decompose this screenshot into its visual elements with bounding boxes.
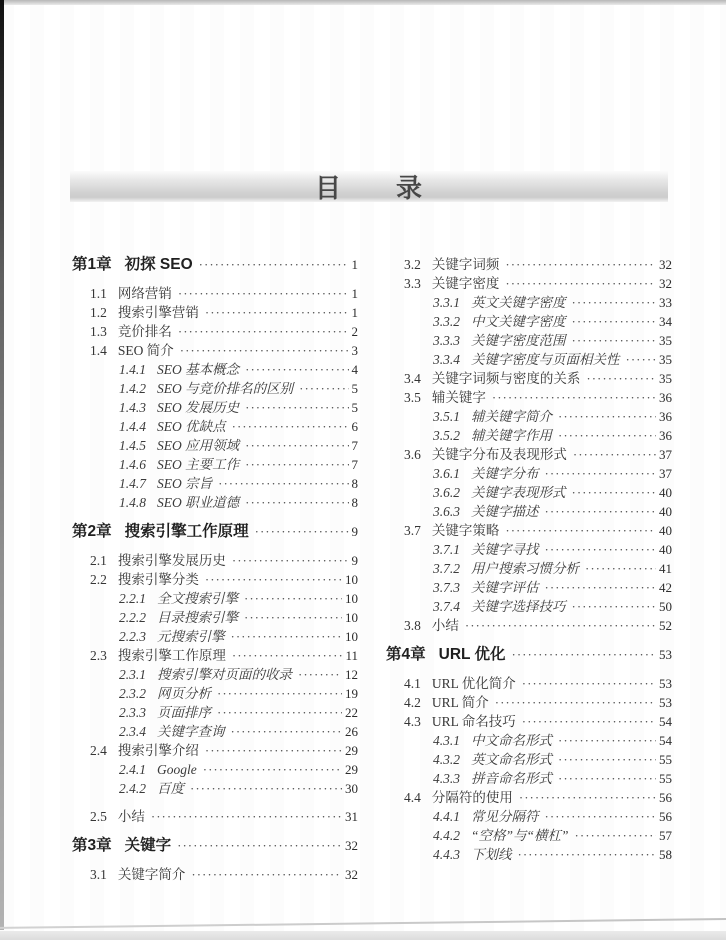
toc-entry-title: 下划线 bbox=[471, 845, 512, 864]
toc-entry-title: 关键字表现形式 bbox=[471, 483, 566, 502]
toc-dot-leader bbox=[512, 645, 656, 665]
toc-entry-title: URL 优化简介 bbox=[432, 674, 516, 693]
toc-dot-leader bbox=[199, 255, 349, 275]
toc-dot-leader bbox=[586, 369, 656, 388]
toc-entry-title: 辅关键字作用 bbox=[471, 426, 552, 445]
toc-entry-page: 35 bbox=[659, 369, 672, 388]
toc-entry: 2.4.1 Google 29 bbox=[72, 760, 358, 779]
toc-dot-leader bbox=[505, 274, 656, 293]
toc-entry-title: Google bbox=[157, 760, 197, 779]
toc-dot-leader bbox=[232, 417, 349, 436]
toc-dot-leader bbox=[244, 589, 342, 608]
toc-entry-number: 3.6.2 bbox=[433, 483, 460, 502]
toc-entry-number: 1.3 bbox=[90, 322, 107, 341]
toc-entry: 第1章 初探 SEO 1 bbox=[72, 255, 358, 275]
toc-entry-title: 关键字密度范围 bbox=[471, 331, 566, 350]
toc-entry-number: 2.2.2 bbox=[119, 608, 146, 627]
toc-entry-page: 40 bbox=[659, 483, 672, 502]
toc-entry-number: 1.4.2 bbox=[119, 379, 146, 398]
toc-entry-number: 4.3.3 bbox=[433, 769, 460, 788]
toc-column-left: 第1章 初探 SEO 1 1.1 网络营销 1 1.2 搜索引擎营销 1 1.3… bbox=[72, 255, 358, 884]
toc-entry: 第4章 URL 优化 53 bbox=[386, 645, 672, 665]
toc-dot-leader bbox=[177, 836, 342, 856]
toc-entry-title: 辅关键字简介 bbox=[471, 407, 552, 426]
toc-entry-page: 4 bbox=[352, 360, 359, 379]
toc-entry-page: 10 bbox=[345, 589, 358, 608]
toc-dot-leader bbox=[585, 559, 656, 578]
toc-entry: 3.7 关键字策略 40 bbox=[386, 521, 672, 540]
toc-entry-page: 42 bbox=[659, 578, 672, 597]
toc-dot-leader bbox=[245, 398, 348, 417]
toc-entry: 3.3 关键字密度 32 bbox=[386, 274, 672, 293]
toc-entry-page: 33 bbox=[659, 293, 672, 312]
toc-entry-number: 4.3.1 bbox=[433, 731, 460, 750]
toc-entry-page: 1 bbox=[352, 255, 359, 275]
toc-entry-number: 2.1 bbox=[90, 551, 107, 570]
toc-entry-title: 搜索引擎介绍 bbox=[118, 741, 199, 760]
toc-entry: 3.8 小结 52 bbox=[386, 616, 672, 635]
toc-entry: 1.3 竞价排名 2 bbox=[72, 322, 358, 341]
toc-entry-number: 1.1 bbox=[90, 284, 107, 303]
toc-entry-page: 57 bbox=[659, 826, 672, 845]
toc-dot-leader bbox=[545, 464, 657, 483]
toc-dot-leader bbox=[255, 522, 349, 542]
toc-entry-title: 网页分析 bbox=[157, 684, 211, 703]
toc-entry: 1.4.2 SEO 与竞价排名的区别 5 bbox=[72, 379, 358, 398]
toc-entry: 4.3 URL 命名技巧 54 bbox=[386, 712, 672, 731]
toc-entry-title: 全文搜索引擎 bbox=[157, 589, 238, 608]
toc-entry: 3.3.2 中文关键字密度 34 bbox=[386, 312, 672, 331]
toc-entry: 3.5 辅关键字 36 bbox=[386, 388, 672, 407]
toc-entry-page: 29 bbox=[345, 760, 358, 779]
toc-entry-number: 3.7.2 bbox=[433, 559, 460, 578]
toc-entry-page: 10 bbox=[345, 608, 358, 627]
toc-dot-leader bbox=[232, 551, 349, 570]
page-title: 目 录 bbox=[315, 168, 423, 205]
toc-entry: 3.6.1 关键字分布 37 bbox=[386, 464, 672, 483]
toc-entry-number: 2.3 bbox=[90, 646, 107, 665]
toc-entry-title: 搜索引擎发展历史 bbox=[118, 551, 226, 570]
toc-entry: 1.4.7 SEO 宗旨 8 bbox=[72, 474, 358, 493]
toc-entry-page: 7 bbox=[352, 436, 359, 455]
toc-dot-leader bbox=[231, 722, 343, 741]
toc-entry-title: 搜索引擎工作原理 bbox=[118, 646, 226, 665]
toc-entry-number: 3.6.3 bbox=[433, 502, 460, 521]
toc-entry-number: 1.4.8 bbox=[119, 493, 146, 512]
toc-entry: 2.4 搜索引擎介绍 29 bbox=[72, 741, 358, 760]
toc-entry-page: 3 bbox=[352, 341, 359, 360]
toc-entry-number: 4.4.3 bbox=[433, 845, 460, 864]
toc-entry-title: SEO 与竞价排名的区别 bbox=[157, 379, 293, 398]
toc-entry: 1.4.6 SEO 主要工作 7 bbox=[72, 455, 358, 474]
toc-entry-number: 第4章 bbox=[386, 645, 426, 665]
toc-dot-leader bbox=[178, 284, 349, 303]
toc-entry: 3.1 关键字简介 32 bbox=[72, 865, 358, 884]
toc-dot-leader bbox=[232, 646, 343, 665]
toc-entry-title: 用户搜索习惯分析 bbox=[471, 559, 579, 578]
toc-dot-leader bbox=[245, 436, 348, 455]
toc-entry-title: 中文命名形式 bbox=[471, 731, 552, 750]
toc-entry-title: 常见分隔符 bbox=[471, 807, 539, 826]
toc-entry-page: 55 bbox=[659, 750, 672, 769]
toc-dot-leader bbox=[558, 407, 656, 426]
toc-entry-title: 竞价排名 bbox=[118, 322, 172, 341]
toc-entry: 3.4 关键字词频与密度的关系 35 bbox=[386, 369, 672, 388]
toc-entry-title: URL 优化 bbox=[439, 645, 506, 665]
toc-entry-number: 4.4.1 bbox=[433, 807, 460, 826]
toc-entry-number: 第1章 bbox=[72, 255, 112, 275]
toc-entry-title: 英文关键字密度 bbox=[471, 293, 566, 312]
toc-entry-number: 2.3.1 bbox=[119, 665, 146, 684]
toc-entry-page: 5 bbox=[352, 398, 359, 417]
toc-entry-title: SEO 优缺点 bbox=[157, 417, 226, 436]
toc-entry-number: 1.2 bbox=[90, 303, 107, 322]
toc-entry: 2.5 小结 31 bbox=[72, 807, 358, 826]
toc-entry-page: 40 bbox=[659, 540, 672, 559]
toc-entry-page: 29 bbox=[345, 741, 358, 760]
toc-entry-title: 搜索引擎分类 bbox=[118, 570, 199, 589]
scan-edge-left bbox=[0, 0, 4, 930]
toc-entry: 4.3.2 英文命名形式 55 bbox=[386, 750, 672, 769]
toc-entry-title: 元搜索引擎 bbox=[157, 627, 225, 646]
page-curl-edge bbox=[0, 918, 726, 929]
toc-entry: 3.6 关键字分布及表现形式 37 bbox=[386, 445, 672, 464]
toc-entry-page: 50 bbox=[659, 597, 672, 616]
toc-entry-title: SEO 发展历史 bbox=[157, 398, 239, 417]
toc-dot-leader bbox=[573, 445, 656, 464]
toc-entry-page: 30 bbox=[345, 779, 358, 798]
toc-dot-leader bbox=[492, 388, 656, 407]
toc-entry: 3.7.3 关键字评估 42 bbox=[386, 578, 672, 597]
toc-entry: 1.4.5 SEO 应用领域 7 bbox=[72, 436, 358, 455]
toc-entry: 2.2.3 元搜索引擎 10 bbox=[72, 627, 358, 646]
toc-entry-page: 53 bbox=[659, 674, 672, 693]
toc-entry-title: SEO 基本概念 bbox=[157, 360, 239, 379]
toc-dot-leader bbox=[519, 788, 656, 807]
toc-entry: 2.3.1 搜索引擎对页面的收录 12 bbox=[72, 665, 358, 684]
toc-columns: 第1章 初探 SEO 1 1.1 网络营销 1 1.2 搜索引擎营销 1 1.3… bbox=[72, 255, 672, 884]
toc-entry: 4.2 URL 简介 53 bbox=[386, 693, 672, 712]
toc-entry-number: 1.4.7 bbox=[119, 474, 146, 493]
toc-entry-page: 9 bbox=[352, 551, 359, 570]
toc-entry-title: 搜索引擎对页面的收录 bbox=[157, 665, 292, 684]
toc-dot-leader bbox=[575, 826, 656, 845]
toc-entry: 3.3.3 关键字密度范围 35 bbox=[386, 331, 672, 350]
toc-dot-leader bbox=[545, 540, 657, 559]
toc-entry-page: 36 bbox=[659, 407, 672, 426]
toc-entry-title: 小结 bbox=[432, 616, 459, 635]
toc-entry-title: 小结 bbox=[118, 807, 145, 826]
toc-entry-title: 关键字策略 bbox=[432, 521, 500, 540]
toc-entry-number: 3.5 bbox=[404, 388, 421, 407]
toc-entry-page: 8 bbox=[352, 493, 359, 512]
toc-dot-leader bbox=[545, 807, 657, 826]
toc-dot-leader bbox=[572, 331, 657, 350]
toc-dot-leader bbox=[245, 493, 348, 512]
toc-dot-leader bbox=[190, 779, 342, 798]
toc-dot-leader bbox=[191, 865, 342, 884]
toc-title-bar: 目 录 bbox=[70, 171, 668, 202]
toc-entry-title: 关键字密度与页面相关性 bbox=[471, 350, 620, 369]
toc-entry: 2.2.1 全文搜索引擎 10 bbox=[72, 589, 358, 608]
toc-dot-leader bbox=[151, 807, 342, 826]
toc-entry-title: 搜索引擎工作原理 bbox=[125, 522, 249, 542]
toc-dot-leader bbox=[545, 502, 657, 521]
toc-entry: 1.4.3 SEO 发展历史 5 bbox=[72, 398, 358, 417]
toc-entry-title: 关键字查询 bbox=[157, 722, 225, 741]
toc-entry-number: 2.3.4 bbox=[119, 722, 146, 741]
toc-entry-page: 7 bbox=[352, 455, 359, 474]
toc-dot-leader bbox=[231, 627, 343, 646]
toc-entry-number: 1.4 bbox=[90, 341, 107, 360]
toc-dot-leader bbox=[505, 521, 656, 540]
toc-dot-leader bbox=[218, 474, 348, 493]
toc-entry-title: 关键字 bbox=[125, 836, 172, 856]
toc-entry-title: 目录搜索引擎 bbox=[157, 608, 238, 627]
toc-entry: 1.4 SEO 简介 3 bbox=[72, 341, 358, 360]
toc-entry: 第3章 关键字 32 bbox=[72, 836, 358, 856]
toc-entry-number: 3.1 bbox=[90, 865, 107, 884]
toc-entry-number: 3.3.1 bbox=[433, 293, 460, 312]
toc-entry-page: 35 bbox=[659, 331, 672, 350]
scan-edge-bottom bbox=[0, 931, 726, 940]
toc-column-right: 3.2 关键字词频 32 3.3 关键字密度 32 3.3.1 英文关键字密度 … bbox=[386, 255, 672, 884]
toc-entry-number: 2.2.3 bbox=[119, 627, 146, 646]
toc-entry-title: 英文命名形式 bbox=[471, 750, 552, 769]
toc-dot-leader bbox=[245, 360, 348, 379]
toc-entry: 1.2 搜索引擎营销 1 bbox=[72, 303, 358, 322]
toc-entry-number: 3.2 bbox=[404, 255, 421, 274]
toc-dot-leader bbox=[205, 570, 342, 589]
scan-edge-top bbox=[0, 0, 726, 5]
toc-entry-page: 10 bbox=[345, 570, 358, 589]
toc-entry-page: 34 bbox=[659, 312, 672, 331]
toc-dot-leader bbox=[558, 731, 656, 750]
toc-entry-page: 32 bbox=[659, 274, 672, 293]
toc-entry-number: 2.3.3 bbox=[119, 703, 146, 722]
toc-entry-number: 第3章 bbox=[72, 836, 112, 856]
toc-entry-number: 2.4 bbox=[90, 741, 107, 760]
toc-entry-number: 3.6.1 bbox=[433, 464, 460, 483]
toc-entry-number: 3.6 bbox=[404, 445, 421, 464]
toc-entry-number: 2.4.2 bbox=[119, 779, 146, 798]
toc-entry-number: 2.2.1 bbox=[119, 589, 146, 608]
toc-entry-page: 53 bbox=[659, 645, 672, 665]
toc-entry-title: 关键字描述 bbox=[471, 502, 539, 521]
toc-entry-page: 26 bbox=[345, 722, 358, 741]
toc-entry: 第2章 搜索引擎工作原理 9 bbox=[72, 522, 358, 542]
toc-entry-title: SEO 简介 bbox=[118, 341, 174, 360]
toc-dot-leader bbox=[558, 750, 656, 769]
toc-entry-title: 辅关键字 bbox=[432, 388, 486, 407]
toc-entry-number: 4.3.2 bbox=[433, 750, 460, 769]
toc-entry-number: 2.5 bbox=[90, 807, 107, 826]
toc-dot-leader bbox=[205, 303, 349, 322]
toc-entry-page: 5 bbox=[352, 379, 359, 398]
toc-dot-leader bbox=[572, 293, 657, 312]
toc-entry-page: 56 bbox=[659, 788, 672, 807]
toc-entry-page: 36 bbox=[659, 426, 672, 445]
toc-entry-page: 40 bbox=[659, 521, 672, 540]
toc-entry-number: 4.3 bbox=[404, 712, 421, 731]
toc-entry-title: 分隔符的使用 bbox=[432, 788, 513, 807]
toc-entry-page: 10 bbox=[345, 627, 358, 646]
toc-entry: 2.2.2 目录搜索引擎 10 bbox=[72, 608, 358, 627]
toc-entry: 4.3.3 拼音命名形式 55 bbox=[386, 769, 672, 788]
toc-entry-title: SEO 主要工作 bbox=[157, 455, 239, 474]
toc-entry-page: 35 bbox=[659, 350, 672, 369]
toc-entry-page: 32 bbox=[659, 255, 672, 274]
toc-entry-page: 53 bbox=[659, 693, 672, 712]
toc-entry-number: 3.5.2 bbox=[433, 426, 460, 445]
toc-entry: 2.3 搜索引擎工作原理 11 bbox=[72, 646, 358, 665]
toc-dot-leader bbox=[545, 578, 657, 597]
toc-entry-number: 3.7.1 bbox=[433, 540, 460, 559]
toc-entry-page: 32 bbox=[345, 836, 358, 856]
toc-entry-page: 37 bbox=[659, 464, 672, 483]
toc-entry-title: 关键字分布及表现形式 bbox=[432, 445, 567, 464]
toc-entry-page: 31 bbox=[345, 807, 358, 826]
toc-entry: 3.7.4 关键字选择技巧 50 bbox=[386, 597, 672, 616]
toc-entry-page: 32 bbox=[345, 865, 358, 884]
toc-dot-leader bbox=[495, 693, 656, 712]
toc-entry-number: 3.5.1 bbox=[433, 407, 460, 426]
toc-entry-title: URL 简介 bbox=[432, 693, 489, 712]
toc-entry-page: 40 bbox=[659, 502, 672, 521]
toc-entry-page: 19 bbox=[345, 684, 358, 703]
toc-entry-page: 9 bbox=[352, 522, 359, 542]
toc-entry-page: 6 bbox=[352, 417, 359, 436]
toc-entry-title: 百度 bbox=[157, 779, 184, 798]
toc-entry-title: SEO 职业道德 bbox=[157, 493, 239, 512]
toc-dot-leader bbox=[203, 760, 342, 779]
toc-entry: 4.4.3 下划线 58 bbox=[386, 845, 672, 864]
toc-entry-number: 3.8 bbox=[404, 616, 421, 635]
toc-entry-title: 拼音命名形式 bbox=[471, 769, 552, 788]
toc-entry: 3.7.1 关键字寻找 40 bbox=[386, 540, 672, 559]
toc-entry-number: 第2章 bbox=[72, 522, 112, 542]
toc-entry-page: 11 bbox=[345, 646, 358, 665]
toc-entry-page: 1 bbox=[352, 284, 359, 303]
toc-entry-page: 56 bbox=[659, 807, 672, 826]
toc-dot-leader bbox=[558, 426, 656, 445]
toc-entry-title: 关键字词频 bbox=[432, 255, 500, 274]
toc-entry-page: 52 bbox=[659, 616, 672, 635]
toc-entry-title: 页面排序 bbox=[157, 703, 211, 722]
toc-dot-leader bbox=[626, 350, 657, 369]
toc-entry-title: 关键字分布 bbox=[471, 464, 539, 483]
toc-entry: 3.2 关键字词频 32 bbox=[386, 255, 672, 274]
toc-dot-leader bbox=[205, 741, 342, 760]
toc-dot-leader bbox=[505, 255, 656, 274]
toc-entry-page: 12 bbox=[345, 665, 358, 684]
toc-entry-number: 4.2 bbox=[404, 693, 421, 712]
toc-dot-leader bbox=[298, 665, 342, 684]
toc-entry: 3.5.1 辅关键字简介 36 bbox=[386, 407, 672, 426]
toc-entry: 2.3.2 网页分析 19 bbox=[72, 684, 358, 703]
toc-entry-number: 3.4 bbox=[404, 369, 421, 388]
toc-entry-number: 1.4.1 bbox=[119, 360, 146, 379]
toc-entry-title: 搜索引擎营销 bbox=[118, 303, 199, 322]
toc-entry-page: 54 bbox=[659, 712, 672, 731]
toc-entry: 1.1 网络营销 1 bbox=[72, 284, 358, 303]
toc-entry: 2.1 搜索引擎发展历史 9 bbox=[72, 551, 358, 570]
toc-entry-number: 2.2 bbox=[90, 570, 107, 589]
toc-entry: 2.3.3 页面排序 22 bbox=[72, 703, 358, 722]
toc-entry: 3.5.2 辅关键字作用 36 bbox=[386, 426, 672, 445]
toc-dot-leader bbox=[299, 379, 348, 398]
toc-entry-number: 1.4.3 bbox=[119, 398, 146, 417]
toc-entry-title: 中文关键字密度 bbox=[471, 312, 566, 331]
toc-entry-number: 1.4.6 bbox=[119, 455, 146, 474]
toc-entry-title: 关键字选择技巧 bbox=[471, 597, 566, 616]
toc-dot-leader bbox=[180, 341, 349, 360]
toc-entry-title: URL 命名技巧 bbox=[432, 712, 516, 731]
toc-entry-page: 55 bbox=[659, 769, 672, 788]
toc-dot-leader bbox=[572, 597, 657, 616]
toc-entry-number: 3.3.3 bbox=[433, 331, 460, 350]
toc-dot-leader bbox=[572, 483, 657, 502]
toc-dot-leader bbox=[522, 712, 656, 731]
toc-entry: 2.3.4 关键字查询 26 bbox=[72, 722, 358, 741]
toc-entry-title: 网络营销 bbox=[118, 284, 172, 303]
toc-entry-title: SEO 应用领域 bbox=[157, 436, 239, 455]
toc-entry-title: 初探 SEO bbox=[125, 255, 193, 275]
toc-entry-page: 41 bbox=[659, 559, 672, 578]
toc-entry: 3.3.1 英文关键字密度 33 bbox=[386, 293, 672, 312]
toc-entry-page: 8 bbox=[352, 474, 359, 493]
toc-entry: 4.4 分隔符的使用 56 bbox=[386, 788, 672, 807]
toc-entry-title: 关键字密度 bbox=[432, 274, 500, 293]
toc-entry-title: “空格”与“横杠” bbox=[471, 826, 569, 845]
toc-dot-leader bbox=[217, 684, 342, 703]
toc-entry-title: 关键字评估 bbox=[471, 578, 539, 597]
toc-entry: 4.1 URL 优化简介 53 bbox=[386, 674, 672, 693]
toc-entry-page: 1 bbox=[352, 303, 359, 322]
toc-dot-leader bbox=[217, 703, 342, 722]
toc-dot-leader bbox=[465, 616, 656, 635]
toc-entry-number: 1.4.4 bbox=[119, 417, 146, 436]
toc-entry-title: 关键字寻找 bbox=[471, 540, 539, 559]
toc-entry-title: SEO 宗旨 bbox=[157, 474, 212, 493]
toc-entry-number: 2.4.1 bbox=[119, 760, 146, 779]
toc-dot-leader bbox=[522, 674, 656, 693]
toc-entry-number: 3.7.3 bbox=[433, 578, 460, 597]
toc-dot-leader bbox=[245, 455, 348, 474]
toc-dot-leader bbox=[178, 322, 349, 341]
toc-entry-number: 3.3.4 bbox=[433, 350, 460, 369]
toc-entry-page: 54 bbox=[659, 731, 672, 750]
toc-entry-number: 4.1 bbox=[404, 674, 421, 693]
toc-entry: 2.2 搜索引擎分类 10 bbox=[72, 570, 358, 589]
toc-entry-number: 4.4 bbox=[404, 788, 421, 807]
toc-entry-number: 3.7 bbox=[404, 521, 421, 540]
toc-entry: 1.4.8 SEO 职业道德 8 bbox=[72, 493, 358, 512]
toc-entry-page: 36 bbox=[659, 388, 672, 407]
toc-dot-leader bbox=[572, 312, 657, 331]
toc-entry-number: 1.4.5 bbox=[119, 436, 146, 455]
toc-entry-page: 58 bbox=[659, 845, 672, 864]
toc-entry-page: 22 bbox=[345, 703, 358, 722]
toc-entry: 1.4.4 SEO 优缺点 6 bbox=[72, 417, 358, 436]
toc-entry: 2.4.2 百度 30 bbox=[72, 779, 358, 798]
toc-entry-title: 关键字词频与密度的关系 bbox=[432, 369, 581, 388]
toc-dot-leader bbox=[558, 769, 656, 788]
toc-entry-title: 关键字简介 bbox=[118, 865, 186, 884]
toc-dot-leader bbox=[518, 845, 657, 864]
toc-entry: 3.6.3 关键字描述 40 bbox=[386, 502, 672, 521]
toc-entry-number: 3.3 bbox=[404, 274, 421, 293]
